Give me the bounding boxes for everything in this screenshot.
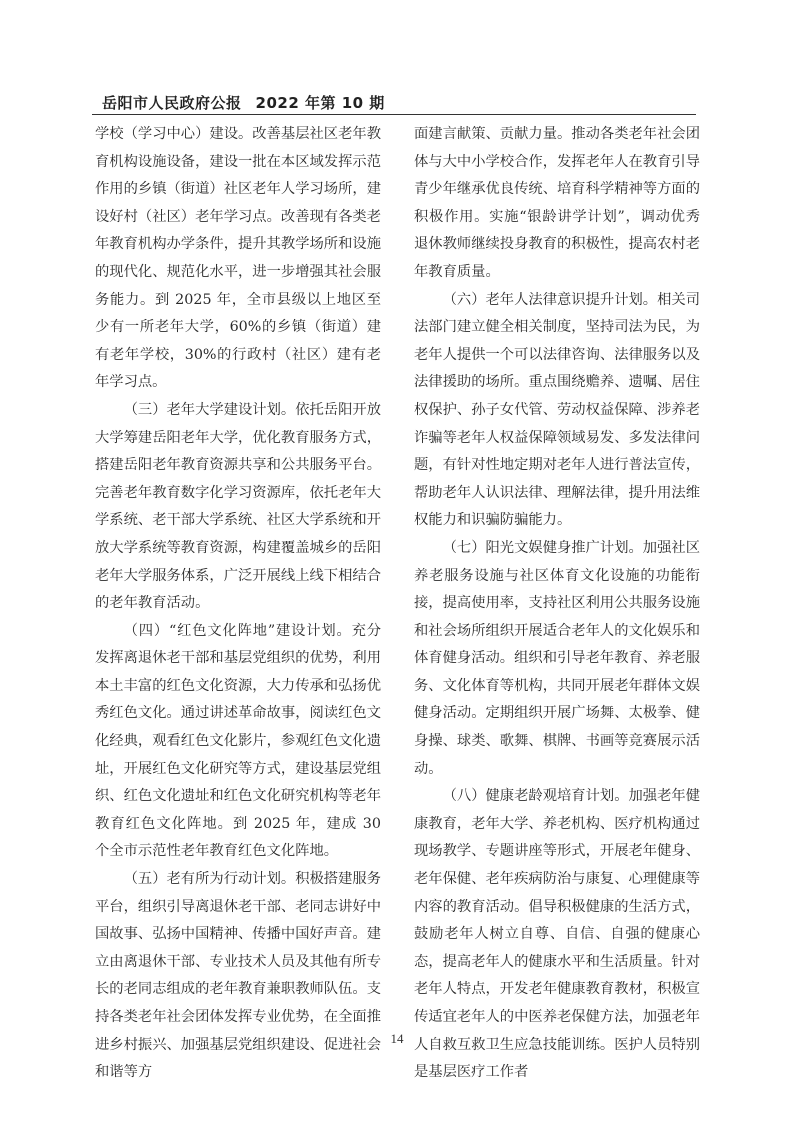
page-number: 14 — [0, 1031, 794, 1047]
paragraph-section-3: （三）老年大学建设计划。依托岳阳开放大学筹建岳阳老年大学，优化教育服务方式，搭建… — [95, 397, 381, 618]
paragraph-section-5: （五）老有所为行动计划。积极搭建服务平台，组织引导离退休老干部、老同志讲好中国故… — [95, 866, 381, 1087]
paragraph-section-4: （四）“红色文化阵地”建设计划。充分发挥离退休老干部和基层党组织的优势，利用本土… — [95, 618, 381, 866]
paragraph-section-6: （六）老年人法律意识提升计划。相关司法部门建立健全相关制度，坚持司法为民，为老年… — [414, 287, 700, 535]
left-column: 学校（学习中心）建设。改善基层社区老年教育机构设施设备，建设一批在本区域发挥示范… — [95, 121, 381, 1087]
paragraph-section-7: （七）阳光文娱健身推广计划。加强社区养老服务设施与社区体育文化设施的功能衔接，提… — [414, 535, 700, 783]
publication-name: 岳阳市人民政府公报 — [102, 94, 242, 112]
header-title: 岳阳市人民政府公报2022 年第 10 期 — [102, 92, 399, 113]
issue-number: 2022 年第 10 期 — [256, 94, 385, 112]
right-column: 面建言献策、贡献力量。推动各类老年社会团体与大中小学校合作，发挥老年人在教育引导… — [414, 121, 700, 1087]
running-header: 岳阳市人民政府公报2022 年第 10 期 — [92, 92, 696, 115]
paragraph-continuation: 面建言献策、贡献力量。推动各类老年社会团体与大中小学校合作，发挥老年人在教育引导… — [414, 121, 700, 287]
paragraph-continuation: 学校（学习中心）建设。改善基层社区老年教育机构设施设备，建设一批在本区域发挥示范… — [95, 121, 381, 397]
